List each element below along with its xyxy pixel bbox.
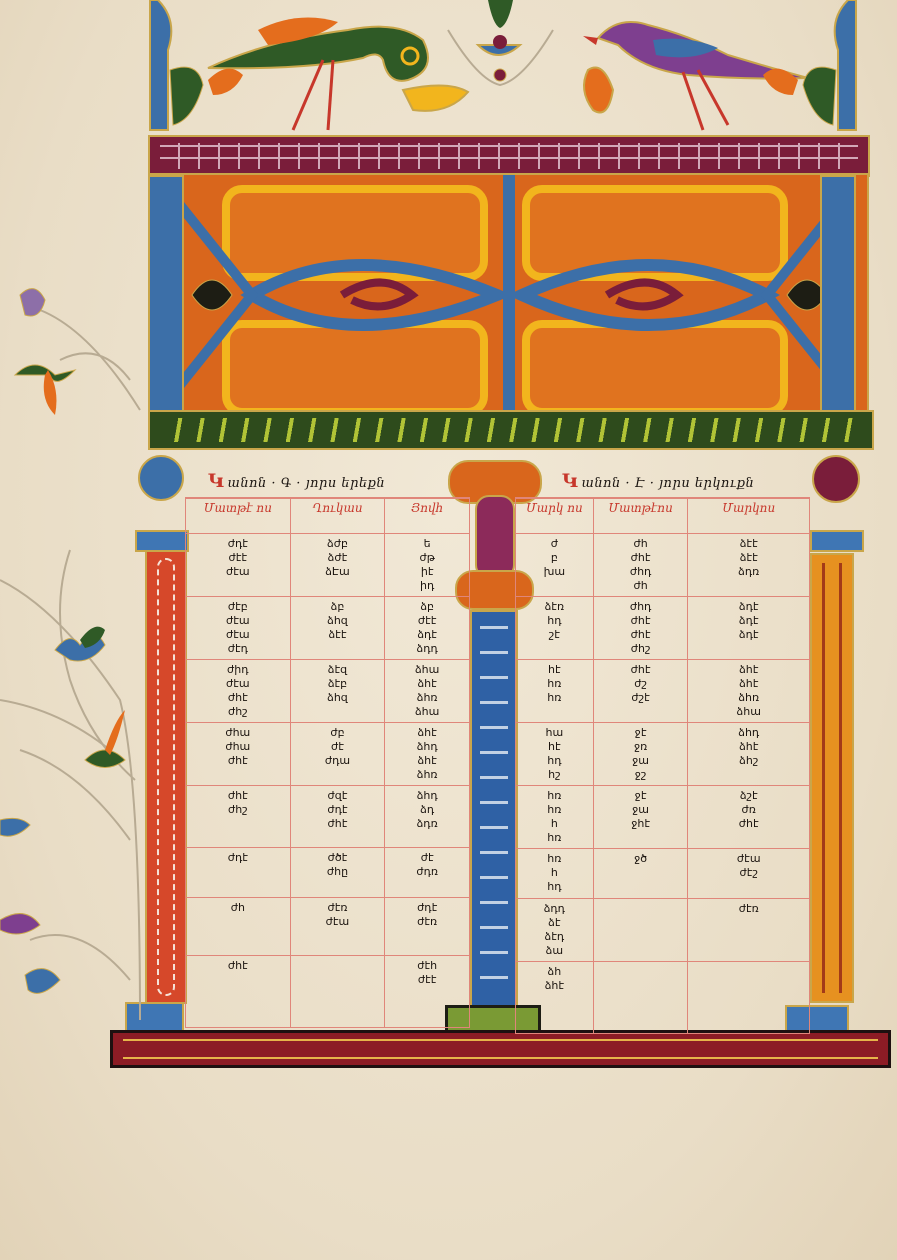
- table-row: ժդէժծէ ժհըժէ ժդռ: [186, 848, 470, 898]
- table-row: հէ հռ հռժհէ ժշ ժշէձհէ ձհէ ձհռ ձհա: [516, 660, 810, 723]
- column-header: Մատթէ ոս: [186, 499, 291, 534]
- right-canon-table: Մարկ ոս Մատթէոս Մարկոս ժ բ խաժհ ժհէ ժհդ …: [515, 498, 810, 1034]
- plinth: [110, 1030, 891, 1068]
- manuscript-page: Կանոն · Գ · յորս երեքն Մատթէ ոս Ղուկաս Յ…: [0, 0, 897, 1260]
- title-initial: Կ: [562, 470, 579, 492]
- table-row: ձդդ ձէ ձէդ ձաժէռ: [516, 899, 810, 962]
- right-capital-block: [810, 530, 864, 552]
- marginal-floral-ornament: [0, 280, 150, 1040]
- column-header: Յովհ: [385, 499, 470, 534]
- table-row: հռ հռ հ հռջէ ջա ջհէձշէ ժռ ժհէ: [516, 786, 810, 849]
- column-header: Ղուկաս: [290, 499, 385, 534]
- middle-braid: [475, 495, 515, 579]
- table-row: հա հէ հդ հշջէ ջռ ջա ջշձհդ ձհէ ձհշ: [516, 723, 810, 786]
- table-row: ձէռ հդ շէժհդ ժհէ ժհէ ժհշձդէ ձդէ ձդէ: [516, 597, 810, 660]
- header-row: Մատթէ ոս Ղուկաս Յովհ: [186, 499, 470, 534]
- column-header: Մարկ ոս: [516, 499, 594, 534]
- table-row: ձհ ձհէ: [516, 962, 810, 1034]
- right-braid-pillar: [820, 175, 856, 414]
- table-row: ժդէ ժէէ ժէաձժբ ձժէ ձԷաե ժթ իէ իդ: [186, 534, 470, 597]
- left-bird-icon: [208, 18, 468, 131]
- left-table-title: Կանոն · Գ · յորս երեքն: [208, 470, 385, 492]
- knotwork-icon: [152, 175, 867, 415]
- table-row: ժ բ խաժհ ժհէ ժհդ ժհձէէ ձէէ ձդռ: [516, 534, 810, 597]
- table-row: ժհէ ժհշժզէ ժդէ ժհէձհդ ձդ ձդռ: [186, 786, 470, 848]
- left-column: [145, 550, 187, 1004]
- table-row: ժհա ժհա ժհէժբ ժէ ժդաձհէ ձհդ ձհէ ձհռ: [186, 723, 470, 786]
- column-header: Մատթէոս: [593, 499, 688, 534]
- headpiece-birds: [148, 0, 858, 135]
- right-table-title: Կանոն · Է · յորս երկուքն: [562, 470, 754, 492]
- table-row: ժհէժէհ ժէէ: [186, 956, 470, 1028]
- table-row: հռ հ հդջծժէա ժէշ: [516, 849, 810, 899]
- left-canon-table: Մատթէ ոս Ղուկաս Յովհ ժդէ ժէէ ժէաձժբ ձժէ …: [185, 498, 470, 1028]
- title-initial: Կ: [208, 470, 225, 492]
- column-header: Մարկոս: [688, 499, 810, 534]
- middle-column: [470, 610, 518, 1009]
- greek-key-frieze: [148, 135, 870, 177]
- left-braid-pillar: [148, 175, 184, 414]
- interlace-panel: [150, 173, 869, 417]
- table-row: ժհժէռ ժէաժդէ ժէռ: [186, 898, 470, 956]
- right-capital: [812, 455, 860, 503]
- table-row: ժիդ ժէա ժհէ ժհշձէզ ձէբ ձհզձհա ձհէ ձհռ ձհ…: [186, 660, 470, 723]
- header-row: Մարկ ոս Մատթէոս Մարկոս: [516, 499, 810, 534]
- right-column: [810, 553, 854, 1003]
- table-row: ժէբ ժէա ժէա ժէդձբ ձհզ ձէէձբ ժէէ ձդէ ձդդ: [186, 597, 470, 660]
- green-meander-band: [148, 410, 874, 450]
